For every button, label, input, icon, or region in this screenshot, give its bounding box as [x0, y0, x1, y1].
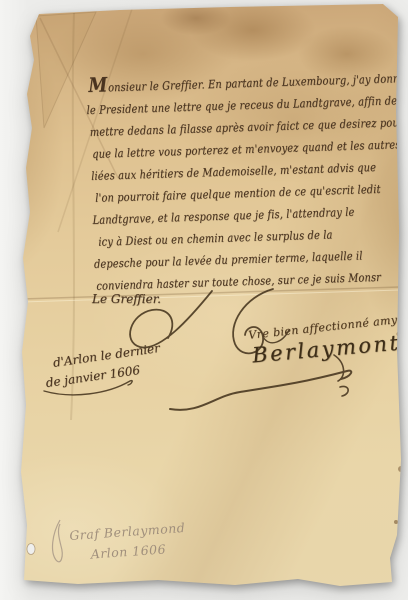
- letter-body: Monsieur le Greffier. En partant de Luxe…: [88, 64, 401, 297]
- worm-hole: [27, 544, 35, 555]
- signature-paraph: [334, 355, 348, 396]
- paper-shadow: Monsieur le Greffier. En partant de Luxe…: [0, 0, 408, 600]
- pencil-squiggle: [53, 520, 63, 562]
- edge-chips: [391, 332, 404, 567]
- letter-paper: Monsieur le Greffier. En partant de Luxe…: [0, 0, 408, 600]
- letter-closing: Le Greffier.: [92, 292, 161, 306]
- pencil-note: Graf Berlaymond Arlon 1606: [69, 518, 188, 566]
- dateline: d'Arlon le dernier de janvier 1606: [42, 339, 164, 393]
- signature-underline-flourish: [170, 371, 351, 410]
- photo-backdrop: Monsieur le Greffier. En partant de Luxe…: [0, 0, 408, 600]
